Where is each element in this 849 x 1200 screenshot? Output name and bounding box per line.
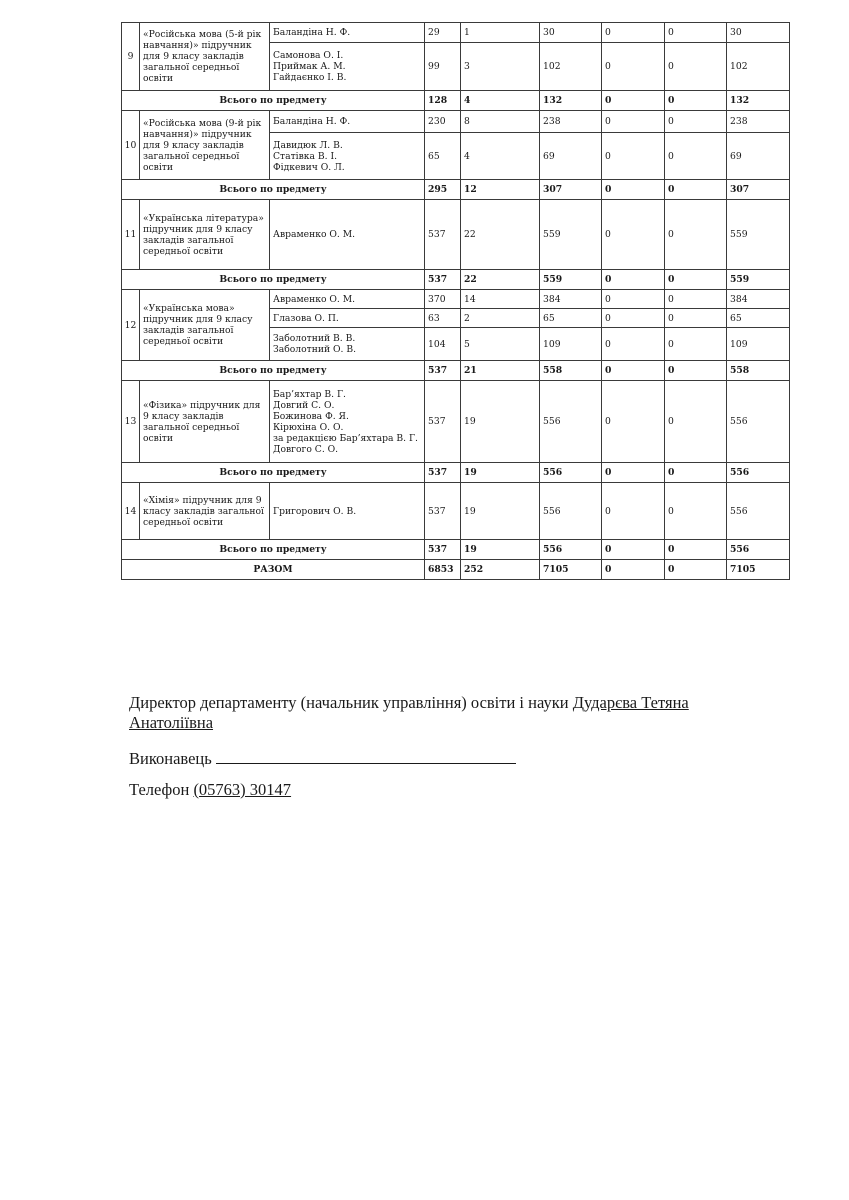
count-cell-c3: 69 [540,133,602,180]
authors-cell: Заболотний В. В.Заболотний О. В. [270,328,425,361]
authors-cell: Бар’яхтар В. Г.Довгий С. О.Божинова Ф. Я… [270,381,425,463]
authors-cell: Баландіна Н. Ф. [270,23,425,43]
subject-title: «Українська мова» підручник для 9 класу … [140,290,270,361]
count-cell-c5: 0 [665,133,727,180]
count-cell-c4: 0 [602,483,665,540]
table-body: 9«Російська мова (5-й рік навчання)» під… [122,23,790,580]
count-cell-c5: 0 [665,483,727,540]
count-cell-c1: 104 [425,328,461,361]
subject-title: «Хімія» підручник для 9 класу закладів з… [140,483,270,540]
grand-total-row: РАЗОМ68532527105007105 [122,560,790,580]
grand-total-cell-c3: 7105 [540,560,602,580]
total-cell-c4: 0 [602,91,665,111]
total-cell-c5: 0 [665,361,727,381]
subject-title: «Фізика» підручник для 9 класу закладів … [140,381,270,463]
total-cell-c4: 0 [602,540,665,560]
count-cell-c2: 8 [461,111,540,133]
author-name: Божинова Ф. Я. [273,411,421,422]
count-cell-c2: 2 [461,309,540,328]
count-cell-c6: 556 [727,483,790,540]
subject-total-row: Всього по предмету5372255900559 [122,270,790,290]
count-cell-c1: 63 [425,309,461,328]
total-cell-c2: 22 [461,270,540,290]
count-cell-c6: 102 [727,43,790,91]
author-name: Авраменко О. М. [273,229,421,240]
total-cell-c1: 128 [425,91,461,111]
author-name: Бар’яхтар В. Г. [273,389,421,400]
table-row: 13«Фізика» підручник для 9 класу закладі… [122,381,790,463]
total-cell-c6: 559 [727,270,790,290]
table-row: 9«Російська мова (5-й рік навчання)» під… [122,23,790,43]
row-number: 11 [122,200,140,270]
author-name: Баландіна Н. Ф. [273,27,421,38]
count-cell-c2: 3 [461,43,540,91]
author-name: Давидюк Л. В. [273,140,421,151]
author-name: Фідкевич О. Л. [273,162,421,173]
count-cell-c4: 0 [602,111,665,133]
total-label: Всього по предмету [122,463,425,483]
total-cell-c5: 0 [665,180,727,200]
grand-total-label: РАЗОМ [122,560,425,580]
count-cell-c2: 5 [461,328,540,361]
total-cell-c1: 537 [425,361,461,381]
count-cell-c4: 0 [602,381,665,463]
count-cell-c6: 30 [727,23,790,43]
count-cell-c3: 556 [540,483,602,540]
row-number: 14 [122,483,140,540]
count-cell-c2: 1 [461,23,540,43]
count-cell-c3: 384 [540,290,602,309]
total-cell-c3: 558 [540,361,602,381]
row-number: 13 [122,381,140,463]
total-cell-c1: 537 [425,463,461,483]
count-cell-c3: 30 [540,23,602,43]
count-cell-c5: 0 [665,328,727,361]
total-cell-c2: 19 [461,463,540,483]
total-label: Всього по предмету [122,361,425,381]
author-name: Авраменко О. М. [273,294,421,305]
row-number: 12 [122,290,140,361]
count-cell-c1: 99 [425,43,461,91]
count-cell-c6: 238 [727,111,790,133]
count-cell-c1: 230 [425,111,461,133]
table-row: 14«Хімія» підручник для 9 класу закладів… [122,483,790,540]
total-cell-c3: 556 [540,463,602,483]
count-cell-c3: 559 [540,200,602,270]
authors-cell: Авраменко О. М. [270,290,425,309]
table-row: 10«Російська мова (9-й рік навчання)» пі… [122,111,790,133]
author-name: Баландіна Н. Ф. [273,116,421,127]
author-name: Заболотний О. В. [273,344,421,355]
count-cell-c5: 0 [665,23,727,43]
count-cell-c3: 109 [540,328,602,361]
grand-total-cell-c5: 0 [665,560,727,580]
count-cell-c1: 29 [425,23,461,43]
total-cell-c6: 556 [727,540,790,560]
count-cell-c3: 65 [540,309,602,328]
author-name: Довгий С. О. [273,400,421,411]
executor-label: Виконавець [129,749,212,768]
count-cell-c5: 0 [665,43,727,91]
subject-title: «Російська мова (5-й рік навчання)» підр… [140,23,270,91]
executor-line: Виконавець [129,747,516,769]
total-cell-c1: 537 [425,540,461,560]
authors-cell: Григорович О. В. [270,483,425,540]
count-cell-c2: 19 [461,483,540,540]
count-cell-c5: 0 [665,111,727,133]
total-cell-c6: 307 [727,180,790,200]
count-cell-c5: 0 [665,200,727,270]
count-cell-c4: 0 [602,200,665,270]
total-cell-c4: 0 [602,361,665,381]
total-cell-c4: 0 [602,463,665,483]
total-cell-c5: 0 [665,270,727,290]
author-name: Кірюхіна О. О. [273,422,421,433]
count-cell-c1: 370 [425,290,461,309]
subject-total-row: Всього по предмету2951230700307 [122,180,790,200]
row-number: 10 [122,111,140,180]
total-cell-c5: 0 [665,91,727,111]
total-cell-c3: 132 [540,91,602,111]
total-label: Всього по предмету [122,540,425,560]
authors-cell: Авраменко О. М. [270,200,425,270]
count-cell-c4: 0 [602,309,665,328]
total-cell-c2: 4 [461,91,540,111]
count-cell-c6: 109 [727,328,790,361]
grand-total-cell-c6: 7105 [727,560,790,580]
author-name: Заболотний В. В. [273,333,421,344]
count-cell-c4: 0 [602,290,665,309]
count-cell-c3: 556 [540,381,602,463]
grand-total-cell-c2: 252 [461,560,540,580]
total-label: Всього по предмету [122,270,425,290]
count-cell-c6: 559 [727,200,790,270]
total-cell-c1: 537 [425,270,461,290]
authors-cell: Давидюк Л. В.Статівка В. І.Фідкевич О. Л… [270,133,425,180]
total-cell-c4: 0 [602,270,665,290]
author-name: Довгого С. О. [273,444,421,455]
author-name: за редакцією Бар’яхтара В. Г. [273,433,421,444]
total-cell-c3: 556 [540,540,602,560]
table-row: 11«Українська література» підручник для … [122,200,790,270]
author-name: Самонова О. І. [273,50,421,61]
total-cell-c2: 19 [461,540,540,560]
phone-value: (05763) 30147 [193,780,291,799]
director-title: Директор департаменту (начальник управлі… [129,693,569,712]
count-cell-c6: 69 [727,133,790,180]
total-cell-c3: 559 [540,270,602,290]
total-cell-c3: 307 [540,180,602,200]
total-cell-c6: 556 [727,463,790,483]
director-line: Директор департаменту (начальник управлі… [129,693,769,733]
count-cell-c2: 14 [461,290,540,309]
author-name: Приймак А. М. [273,61,421,72]
grand-total-cell-c1: 6853 [425,560,461,580]
author-name: Гайдаєнко І. В. [273,72,421,83]
authors-cell: Баландіна Н. Ф. [270,111,425,133]
count-cell-c4: 0 [602,328,665,361]
phone-label: Телефон [129,780,189,799]
count-cell-c5: 0 [665,381,727,463]
count-cell-c3: 102 [540,43,602,91]
subject-total-row: Всього по предмету5371955600556 [122,540,790,560]
total-label: Всього по предмету [122,91,425,111]
grand-total-cell-c4: 0 [602,560,665,580]
subject-title: «Українська література» підручник для 9 … [140,200,270,270]
count-cell-c4: 0 [602,23,665,43]
count-cell-c6: 384 [727,290,790,309]
table-row: 12«Українська мова» підручник для 9 клас… [122,290,790,309]
total-cell-c6: 132 [727,91,790,111]
count-cell-c3: 238 [540,111,602,133]
count-cell-c2: 19 [461,381,540,463]
subject-title: «Російська мова (9-й рік навчання)» підр… [140,111,270,180]
textbook-distribution-table: 9«Російська мова (5-й рік навчання)» під… [121,22,790,580]
subject-total-row: Всього по предмету5371955600556 [122,463,790,483]
executor-blank-line [216,747,516,764]
total-cell-c6: 558 [727,361,790,381]
total-cell-c5: 0 [665,540,727,560]
count-cell-c1: 65 [425,133,461,180]
count-cell-c5: 0 [665,290,727,309]
count-cell-c2: 22 [461,200,540,270]
total-cell-c2: 12 [461,180,540,200]
total-cell-c1: 295 [425,180,461,200]
total-cell-c4: 0 [602,180,665,200]
count-cell-c5: 0 [665,309,727,328]
count-cell-c1: 537 [425,381,461,463]
authors-cell: Глазова О. П. [270,309,425,328]
authors-cell: Самонова О. І.Приймак А. М.Гайдаєнко І. … [270,43,425,91]
subject-total-row: Всього по предмету128413200132 [122,91,790,111]
author-name: Статівка В. І. [273,151,421,162]
author-name: Глазова О. П. [273,313,421,324]
total-label: Всього по предмету [122,180,425,200]
subject-total-row: Всього по предмету5372155800558 [122,361,790,381]
count-cell-c4: 0 [602,43,665,91]
total-cell-c5: 0 [665,463,727,483]
author-name: Григорович О. В. [273,506,421,517]
row-number: 9 [122,23,140,91]
count-cell-c6: 556 [727,381,790,463]
count-cell-c4: 0 [602,133,665,180]
total-cell-c2: 21 [461,361,540,381]
count-cell-c1: 537 [425,200,461,270]
count-cell-c2: 4 [461,133,540,180]
count-cell-c1: 537 [425,483,461,540]
count-cell-c6: 65 [727,309,790,328]
phone-line: Телефон (05763) 30147 [129,780,291,800]
